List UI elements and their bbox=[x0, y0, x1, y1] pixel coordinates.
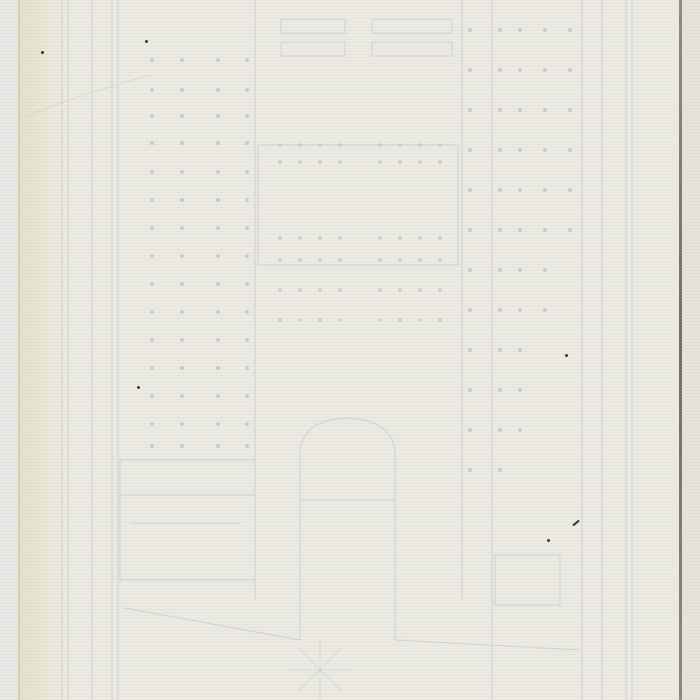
ink-speck bbox=[145, 40, 148, 43]
ink-speck bbox=[547, 539, 550, 542]
ink-speck bbox=[565, 354, 568, 357]
ink-speck bbox=[137, 386, 140, 389]
paper-texture bbox=[0, 0, 700, 700]
ink-speck bbox=[41, 51, 44, 54]
